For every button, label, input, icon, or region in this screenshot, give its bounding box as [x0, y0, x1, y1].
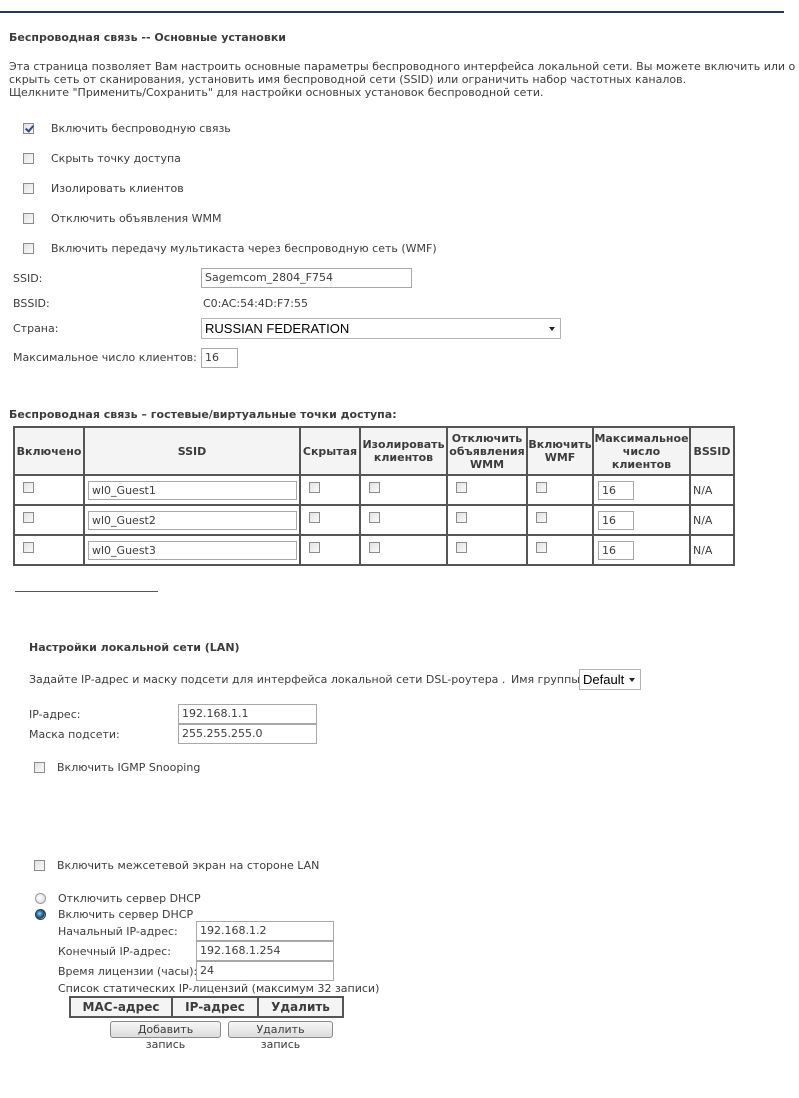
dhcp-disable-radio[interactable] [35, 893, 46, 904]
description-line: Щелкните "Применить/Сохранить" для настр… [9, 86, 795, 99]
lease-time-input[interactable]: 24 [196, 961, 334, 981]
table-row: wl0_Guest1 16 N/A [14, 475, 734, 505]
guest2-disable-wmm-checkbox[interactable] [456, 512, 467, 523]
guest-table-header: Включено SSID Скрытая Изолировать клиент… [14, 427, 734, 475]
guest1-enabled-checkbox[interactable] [23, 482, 34, 493]
wireless-description: Эта страница позволяет Вам настроить осн… [9, 60, 795, 99]
max-clients-input[interactable]: 16 [201, 348, 238, 368]
remove-entry-button[interactable]: Удалить запись [228, 1021, 333, 1038]
guest1-isolate-checkbox[interactable] [369, 482, 380, 493]
header-isolate: Изолировать клиентов [360, 427, 447, 475]
header-disable-wmm: Отключить объявления WMM [447, 427, 527, 475]
guest3-enabled-checkbox[interactable] [23, 542, 34, 553]
header-hidden: Скрытая [300, 427, 360, 475]
guest1-wmf-checkbox[interactable] [536, 482, 547, 493]
ssid-input[interactable]: Sagemcom_2804_F754 [201, 268, 412, 288]
ip-address-input[interactable]: 192.168.1.1 [178, 704, 317, 724]
description-line: Эта страница позволяет Вам настроить осн… [9, 60, 795, 73]
dhcp-enable-label: Включить сервер DHCP [58, 908, 193, 921]
header-bssid: BSSID [690, 427, 734, 475]
table-row: wl0_Guest2 16 N/A [14, 505, 734, 535]
lan-title: Настройки локальной сети (LAN) [29, 641, 240, 654]
header-ssid: SSID [84, 427, 300, 475]
hide-ap-label: Скрыть точку доступа [51, 152, 181, 165]
country-select[interactable]: RUSSIAN FEDERATION [201, 318, 561, 339]
guest2-hidden-checkbox[interactable] [309, 512, 320, 523]
start-ip-input[interactable]: 192.168.1.2 [196, 921, 334, 941]
subnet-mask-label: Маска подсети: [29, 728, 120, 741]
igmp-snooping-checkbox[interactable] [34, 762, 45, 773]
lease-time-label: Время лицензии (часы): [58, 965, 197, 978]
header-remove: Удалить [258, 997, 343, 1017]
guest2-max-clients-input[interactable]: 16 [598, 511, 634, 530]
bssid-label: BSSID: [13, 297, 50, 310]
guest-ap-table: Включено SSID Скрытая Изолировать клиент… [13, 426, 735, 566]
header-enabled: Включено [14, 427, 84, 475]
end-ip-label: Конечный IP-адрес: [58, 945, 171, 958]
guest1-ssid-input[interactable]: wl0_Guest1 [88, 481, 297, 500]
add-entry-button[interactable]: Добавить запись [110, 1021, 221, 1038]
header-wmf: Включить WMF [527, 427, 593, 475]
guest3-wmf-checkbox[interactable] [536, 542, 547, 553]
guest3-ssid-input[interactable]: wl0_Guest3 [88, 541, 297, 560]
guest2-enabled-checkbox[interactable] [23, 512, 34, 523]
guest2-bssid: N/A [690, 505, 734, 535]
subnet-mask-input[interactable]: 255.255.255.0 [178, 724, 317, 744]
igmp-snooping-label: Включить IGMP Snooping [57, 761, 200, 774]
dhcp-disable-label: Отключить сервер DHCP [58, 892, 201, 905]
static-leases-table: MAC-адрес IP-адрес Удалить [69, 996, 344, 1018]
enable-wireless-checkbox[interactable] [23, 123, 34, 134]
static-leases-label: Список статических IP-лицензий (максимум… [58, 982, 379, 995]
dhcp-enable-radio[interactable] [35, 909, 46, 920]
hide-ap-checkbox[interactable] [23, 153, 34, 164]
table-row: wl0_Guest3 16 N/A [14, 535, 734, 565]
description-line: скрыть сеть от сканирования, установить … [9, 73, 795, 86]
disable-wmm-checkbox[interactable] [23, 213, 34, 224]
lan-firewall-checkbox[interactable] [34, 860, 45, 871]
isolate-clients-label: Изолировать клиентов [51, 182, 184, 195]
guest-title: Беспроводная связь – гостевые/виртуальны… [9, 408, 397, 421]
country-select-value: RUSSIAN FEDERATION [205, 321, 349, 336]
group-name-select[interactable]: Default [579, 669, 641, 690]
country-label: Страна: [13, 322, 58, 335]
end-ip-input[interactable]: 192.168.1.254 [196, 941, 334, 961]
max-clients-label: Максимальное число клиентов: [13, 351, 197, 364]
lan-firewall-label: Включить межсетевой экран на стороне LAN [57, 859, 319, 872]
isolate-clients-checkbox[interactable] [23, 183, 34, 194]
guest3-isolate-checkbox[interactable] [369, 542, 380, 553]
guest3-bssid: N/A [690, 535, 734, 565]
wireless-basic-title: Беспроводная связь -- Основные установки [9, 31, 286, 44]
static-table-header: MAC-адрес IP-адрес Удалить [70, 997, 343, 1017]
ip-address-label: IP-адрес: [29, 708, 80, 721]
ssid-label: SSID: [13, 272, 42, 285]
guest3-hidden-checkbox[interactable] [309, 542, 320, 553]
enable-wireless-label: Включить беспроводную связь [51, 122, 231, 135]
header-mac: MAC-адрес [70, 997, 172, 1017]
enable-wmf-checkbox[interactable] [23, 243, 34, 254]
group-name-value: Default [583, 672, 624, 687]
disable-wmm-label: Отключить объявления WMM [51, 212, 222, 225]
start-ip-label: Начальный IP-адрес: [58, 925, 178, 938]
guest1-hidden-checkbox[interactable] [309, 482, 320, 493]
chevron-down-icon [549, 327, 555, 331]
group-name-label: Имя группы [511, 673, 580, 686]
guest3-disable-wmm-checkbox[interactable] [456, 542, 467, 553]
guest2-wmf-checkbox[interactable] [536, 512, 547, 523]
guest1-max-clients-input[interactable]: 16 [598, 481, 634, 500]
enable-wmf-label: Включить передачу мультикаста через бесп… [51, 242, 437, 255]
top-divider [0, 11, 784, 13]
guest1-disable-wmm-checkbox[interactable] [456, 482, 467, 493]
chevron-down-icon [629, 678, 635, 682]
lan-description: Задайте IP-адрес и маску подсети для инт… [29, 673, 505, 686]
header-ip: IP-адрес [172, 997, 258, 1017]
bssid-value: C0:AC:54:4D:F7:55 [203, 297, 308, 310]
guest3-max-clients-input[interactable]: 16 [598, 541, 634, 560]
guest1-bssid: N/A [690, 475, 734, 505]
guest2-isolate-checkbox[interactable] [369, 512, 380, 523]
header-max-clients: Максимальное число клиентов [593, 427, 690, 475]
section-divider [15, 591, 158, 592]
guest2-ssid-input[interactable]: wl0_Guest2 [88, 511, 297, 530]
